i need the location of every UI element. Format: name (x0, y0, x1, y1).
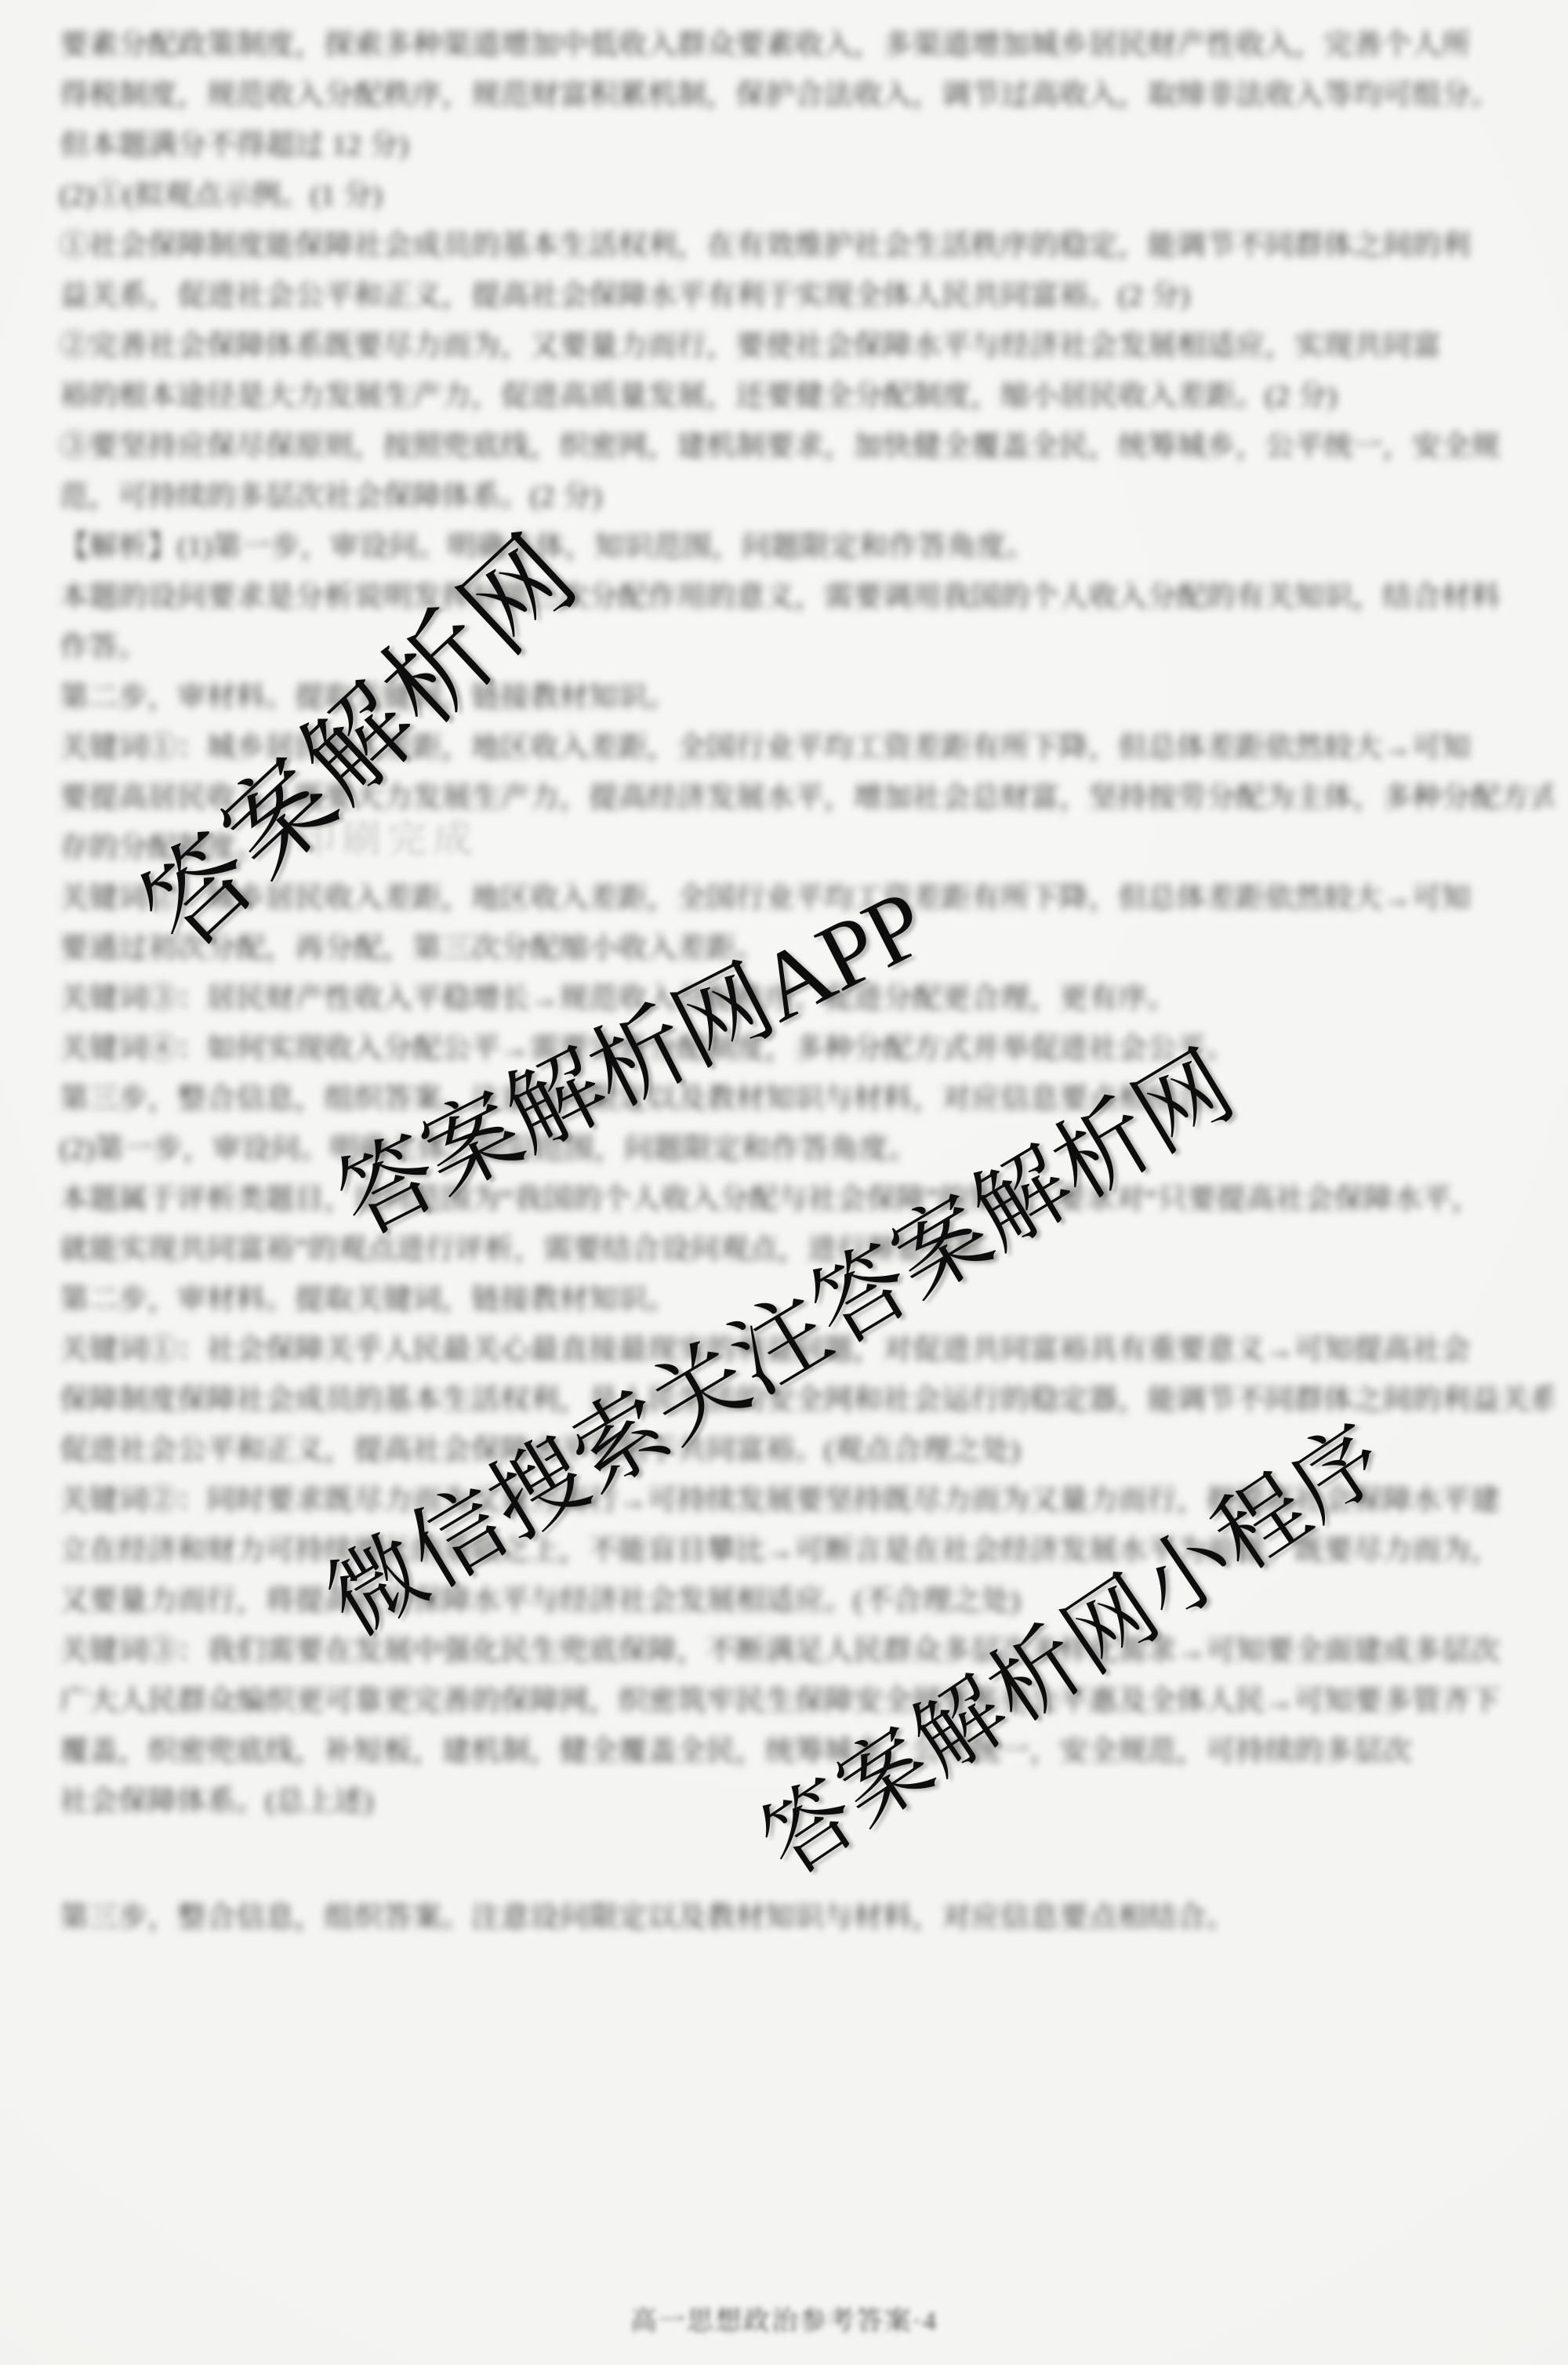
text-line: 本题的设问要求是分析说明发挥好第三次分配作用的意义，需要调用我国的个人收入分配的… (60, 572, 1553, 623)
text-line: (2)第一步，审设问。明确主体，知识范围，问题限定和作答角度。 (60, 1124, 1553, 1175)
text-line: 益关系，促进社会公平和正义，提高社会保障水平有利于实现全体人民共同富裕。(2 分… (60, 271, 1553, 322)
text-line: 关键词③：我们需要在发展中强化民生兜底保障，不断满足人民群众多层次多样化需求→可… (60, 1626, 1553, 1677)
text-line: 作答。 (60, 623, 1553, 673)
text-line: 第三步，整合信息，组织答案。注意设问限定以及教材知识与材料，对应信息要点相结合。 (60, 1074, 1553, 1124)
text-line: 但本题满分不得超过 12 分) (60, 121, 1553, 171)
text-line: 得税制度，规范收入分配秩序，规范财富积累机制，保护合法收入，调节过高收入，取缔非… (60, 71, 1553, 121)
text-line: ①社会保障制度能保障社会成员的基本生活权利，在有效维护社会生活秩序的稳定，能调节… (60, 221, 1553, 271)
text-line: ③要坚持应保尽保原则，按照兜底线，织密网，建机制要求，加快健全覆盖全民，统筹城乡… (60, 422, 1553, 472)
page-footer: 高一思想政治参考答案·4 (0, 2299, 1568, 2338)
text-line: 要素分配政策制度，探索多种渠道增加中低收入群众要素收入，多渠道增加城乡居民财产性… (60, 20, 1553, 71)
text-line: 范，可持续的多层次社会保障体系。(2 分) (60, 472, 1553, 522)
text-line: 本题属于评析类题目，设问范围为“我国的个人收入分配与社会保障”的知识，要求对“只… (60, 1175, 1553, 1225)
text-line: ②完善社会保障体系既要尽力而为，又要量力而行，要使社会保障水平与经济社会发展相适… (60, 322, 1553, 372)
text-line: 又要量力而行，将提高社会保障水平与经济社会发展相适应。(不合理之处) (60, 1576, 1553, 1626)
text-line: 广大人民群众编织更可靠更完善的保障网，织密筑牢民生保障安全网更多更公平惠及全体人… (60, 1677, 1553, 1727)
document-page: 要素分配政策制度，探索多种渠道增加中低收入群众要素收入，多渠道增加城乡居民财产性… (0, 0, 1568, 2365)
text-line: 【解析】(1)第一步，审设问。明确主体，知识范围，问题限定和作答角度。 (60, 522, 1553, 572)
text-line: 第三步，整合信息，组织答案。注意设问限定以及教材知识与材料，对应信息要点相结合。 (60, 1893, 1553, 1943)
text-line: 裕的根本途径是大力发展生产力，促进高质量发展，还要健全分配制度，缩小居民收入差距… (60, 372, 1553, 422)
text-line: (2)①(拟观点示例。(1 分) (60, 171, 1553, 221)
